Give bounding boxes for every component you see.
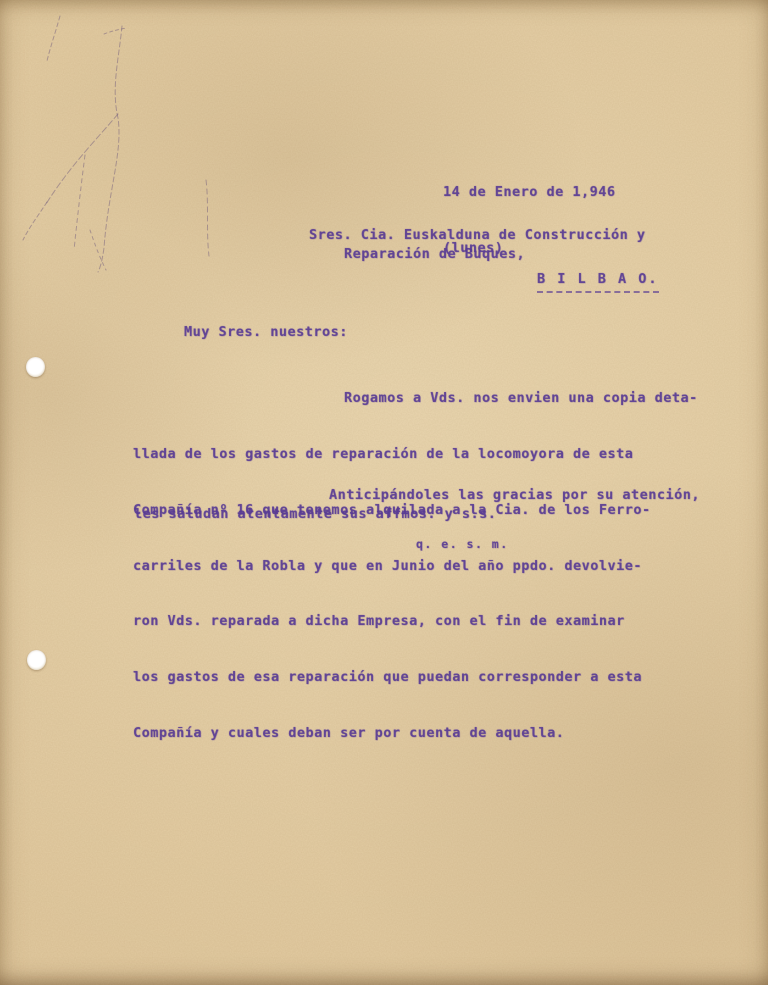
date-line: 14 de Enero de 1,946 bbox=[443, 183, 616, 202]
recipient-line-2: Reparación de Buques, bbox=[344, 245, 525, 264]
recipient-city: B I L B A O. bbox=[537, 270, 659, 293]
scanned-letter: { "page": { "paper_color": "#e2caa0", "i… bbox=[0, 0, 768, 985]
recipient-line-1: Sres. Cia. Euskalduna de Construcción y bbox=[309, 226, 645, 245]
punch-hole-bottom bbox=[27, 650, 46, 670]
signoff-abbreviation: q. e. s. m. bbox=[416, 535, 509, 554]
body-line: llada de los gastos de reparación de la … bbox=[133, 445, 678, 464]
punch-hole-top bbox=[26, 357, 45, 377]
body-line: ron Vds. reparada a dicha Empresa, con e… bbox=[133, 612, 678, 631]
closing-line-1: Anticipándoles las gracias por su atenci… bbox=[329, 486, 700, 505]
body-line: carriles de la Robla y que en Junio del … bbox=[133, 557, 678, 576]
closing-line-2: les saludan atentamente sus affmos. y s.… bbox=[134, 505, 496, 524]
body-line: los gastos de esa reparación que puedan … bbox=[133, 668, 678, 687]
salutation: Muy Sres. nuestros: bbox=[184, 323, 348, 342]
body-line: Rogamos a Vds. nos envien una copia deta… bbox=[133, 389, 678, 408]
body-paragraph: Rogamos a Vds. nos envien una copia deta… bbox=[133, 352, 678, 780]
body-line: Compañía y cuales deban ser por cuenta d… bbox=[133, 724, 678, 743]
letter-paper: 14 de Enero de 1,946 (lunes) Sres. Cia. … bbox=[0, 0, 768, 985]
